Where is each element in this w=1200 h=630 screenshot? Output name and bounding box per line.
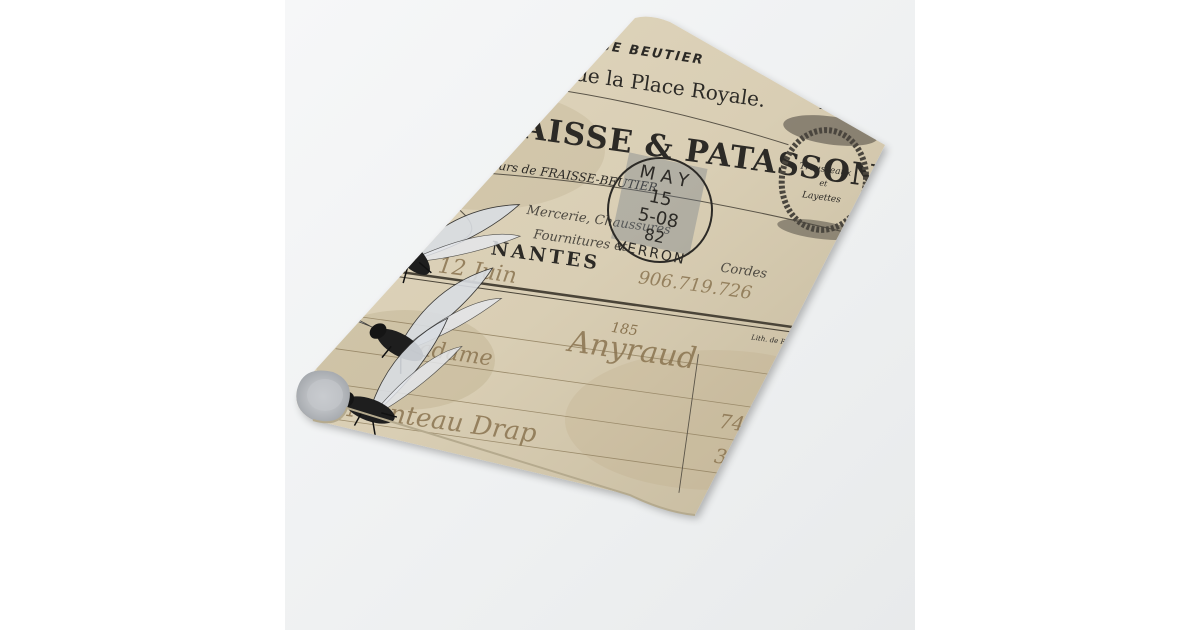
crown-illustration xyxy=(370,99,462,170)
wrapping-paper-roll: MAISON FRAISSE BEUTIER au Coin de la Pla… xyxy=(285,0,915,630)
svg-text:Bonneterie: Bonneterie xyxy=(374,197,449,222)
svg-text:74: 74 xyxy=(718,409,747,436)
product-photo: MAISON FRAISSE BEUTIER au Coin de la Pla… xyxy=(285,0,915,630)
svg-text:30: 30 xyxy=(713,444,742,471)
svg-text:90: 90 xyxy=(709,476,735,500)
svg-text:Nantes: Nantes xyxy=(328,241,378,263)
